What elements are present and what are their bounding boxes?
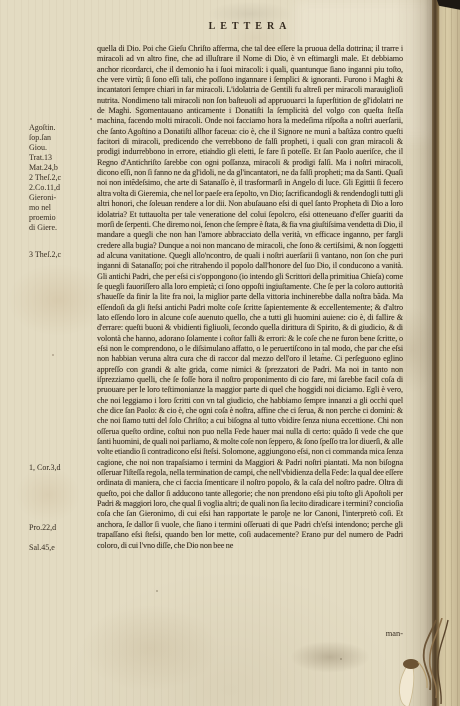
- paper-specks: [90, 118, 92, 120]
- margin-note: 2 Theſ.2,c: [29, 173, 95, 183]
- torn-edge: [378, 618, 455, 706]
- body-text: quella di Dio. Poi che Gieſu Chriſto aff…: [97, 44, 403, 627]
- margin-note: di Giere.: [29, 223, 95, 233]
- gutter-crease: [432, 0, 439, 706]
- fore-edge-pages: [439, 0, 460, 706]
- margin-note: proemio: [29, 213, 95, 223]
- margin-note: Pro.22,d: [29, 523, 95, 533]
- margin-note: Trat.13: [29, 153, 95, 163]
- margin-note: mo nel: [29, 203, 95, 213]
- margin-note: Agoſtin.: [29, 123, 95, 133]
- margin-note: Mat.24,b: [29, 163, 95, 173]
- margin-note: 3 Theſ.2,c: [29, 250, 95, 260]
- running-header: LETTERA: [97, 21, 403, 32]
- margin-note: 1, Cor.3,d: [29, 463, 95, 473]
- margin-note: Gieroni-: [29, 193, 95, 203]
- margin-note: ſop.ſan: [29, 133, 95, 143]
- margin-note: 2.Co.11,d: [29, 183, 95, 193]
- margin-note: Giou.: [29, 143, 95, 153]
- margin-note: Sal.45,e: [29, 543, 95, 553]
- book-page-photo: LETTERA Agoſtin. ſop.ſan Giou. Trat.13 M…: [0, 0, 460, 706]
- page-curl-shadow: [394, 0, 434, 706]
- catchword: man-: [97, 629, 403, 638]
